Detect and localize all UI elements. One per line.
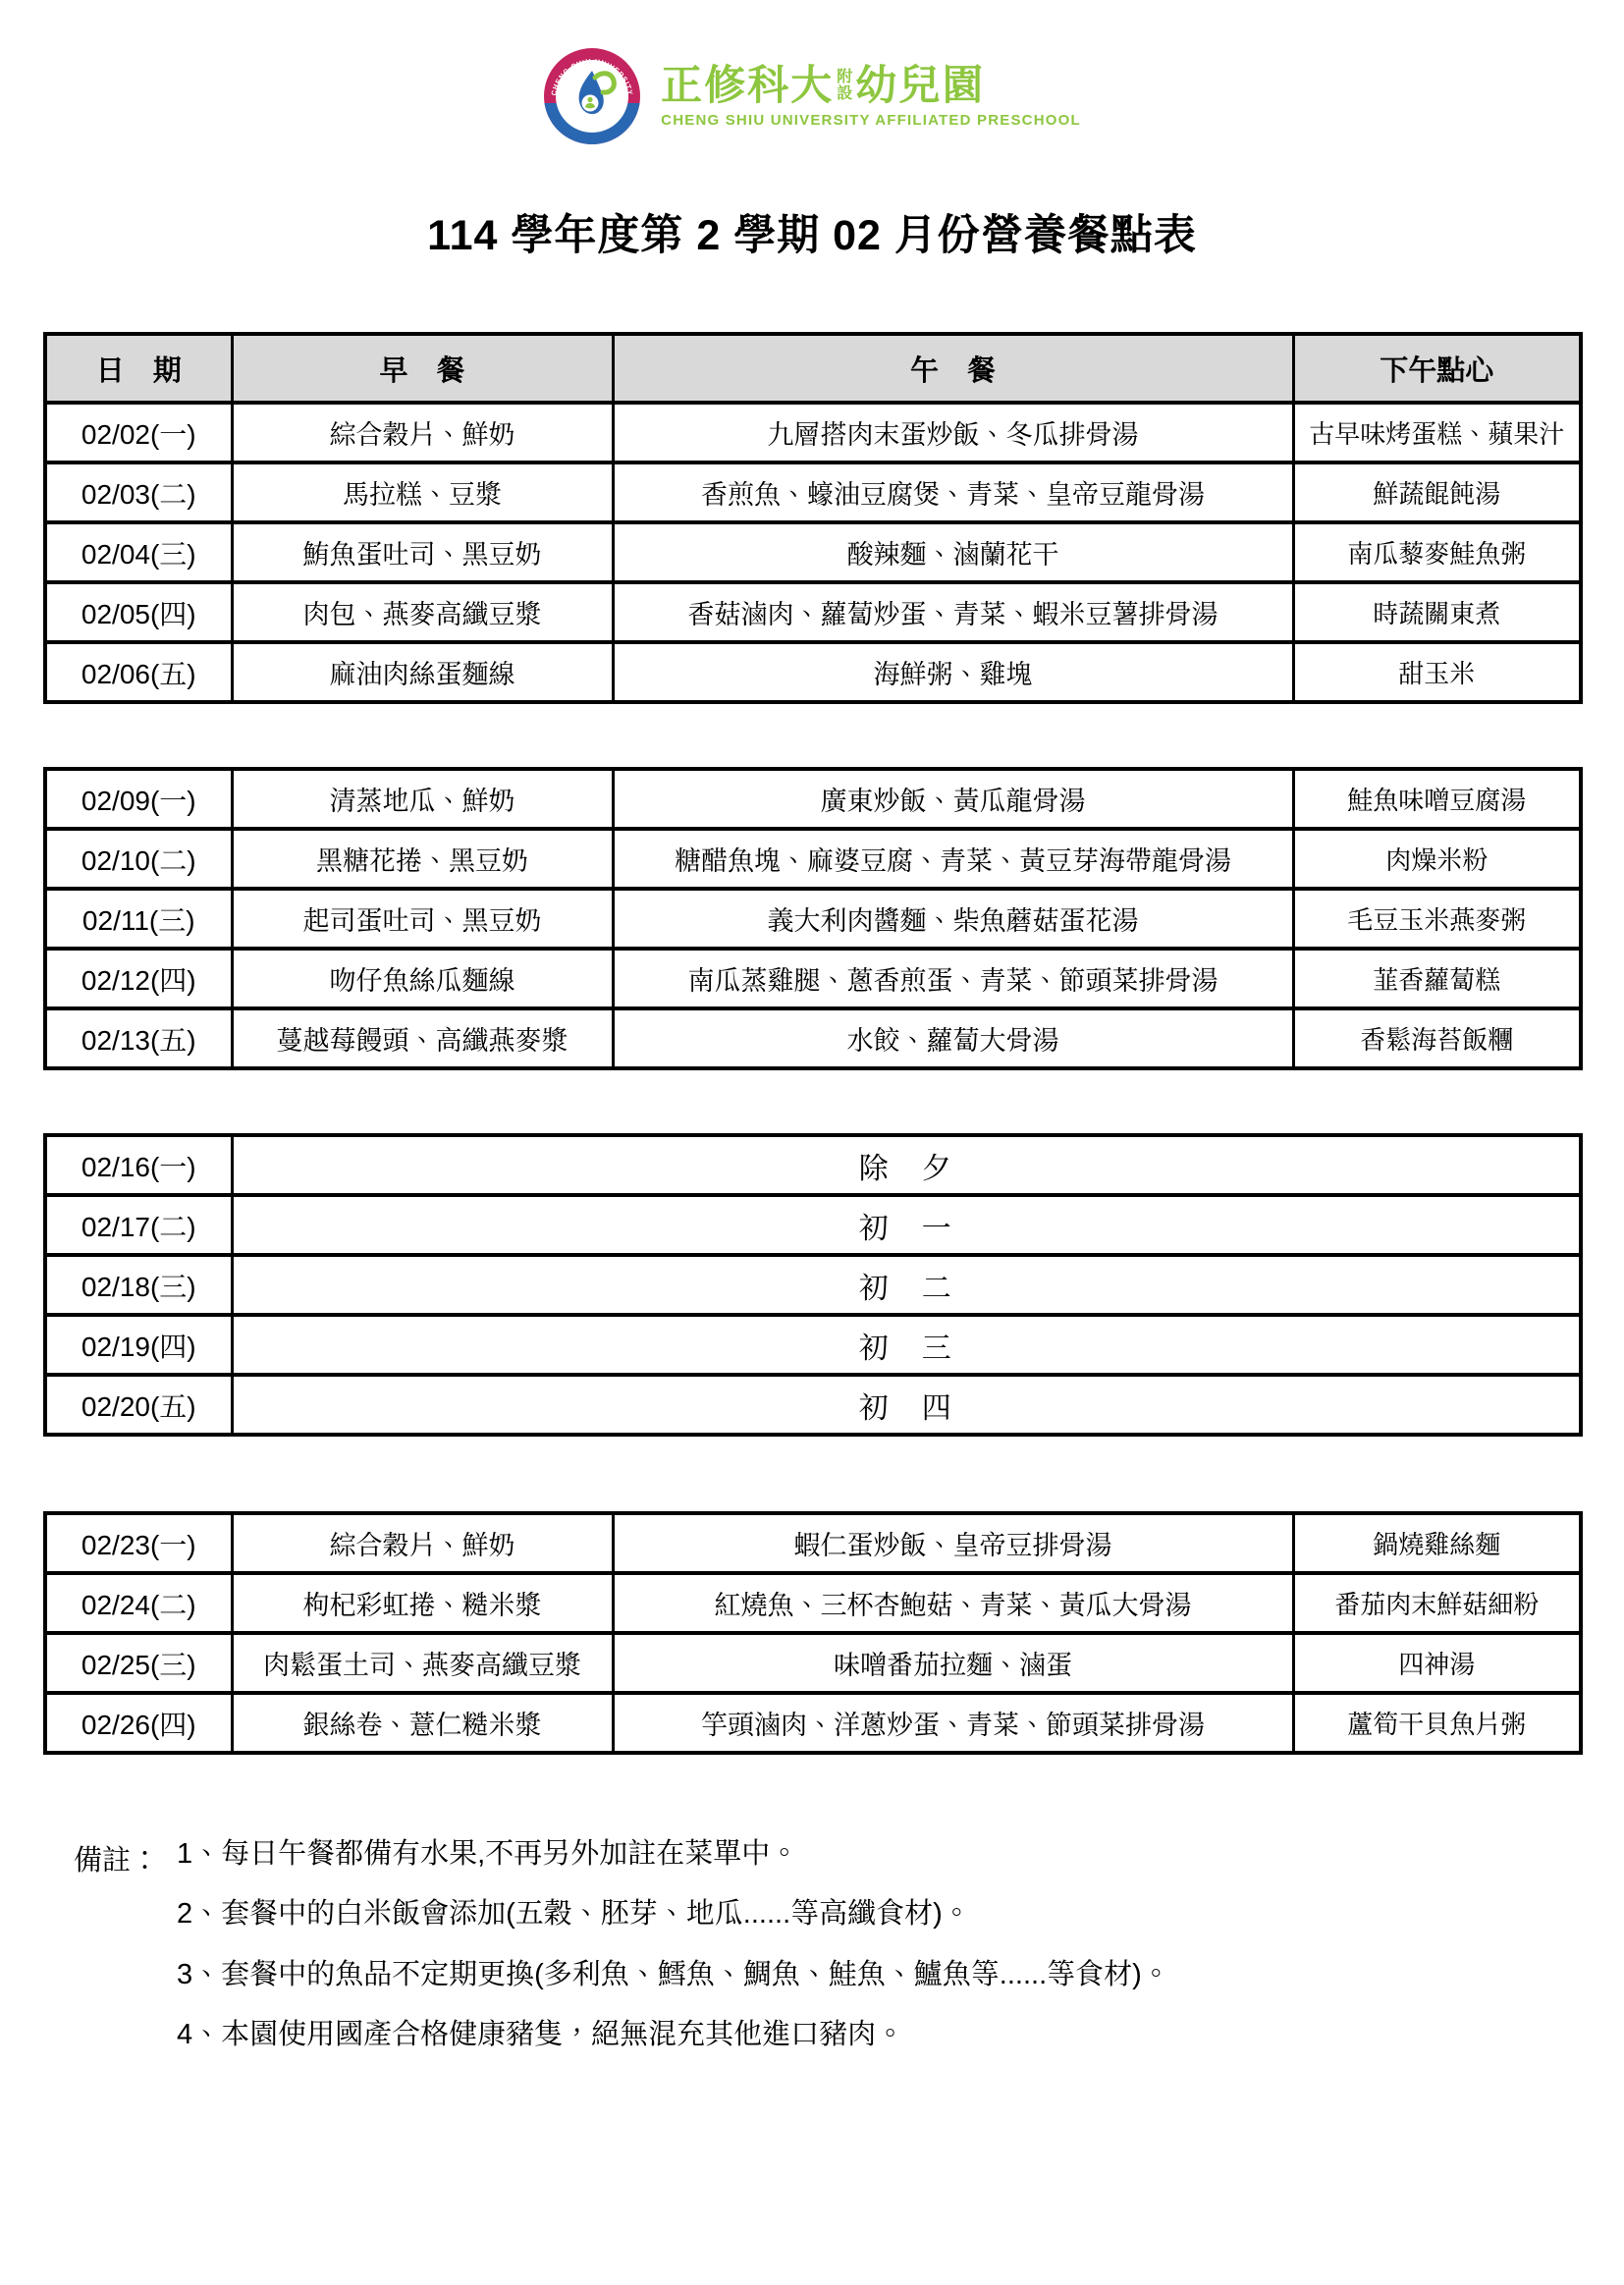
snack-cell: 古早味烤蛋糕、蘋果汁 bbox=[1293, 403, 1581, 462]
breakfast-cell: 麻油肉絲蛋麵線 bbox=[232, 642, 613, 702]
holiday-cell: 初 一 bbox=[232, 1195, 1581, 1255]
col-header-date: 日 期 bbox=[45, 334, 232, 403]
menu-row: 02/05(四)肉包、燕麥高纖豆漿香菇滷肉、蘿蔔炒蛋、青菜、蝦米豆薯排骨湯時蔬關… bbox=[45, 582, 1581, 642]
menu-row: 02/26(四)銀絲卷、薏仁糙米漿竽頭滷肉、洋蔥炒蛋、青菜、節頭菜排骨湯蘆筍干貝… bbox=[45, 1693, 1581, 1753]
date-cell: 02/17(二) bbox=[45, 1195, 232, 1255]
notes-section: 備註： 1、每日午餐都備有水果,不再另外加註在菜單中。 2、套餐中的白米飯會添加… bbox=[74, 1838, 1566, 2079]
snack-cell: 肉燥米粉 bbox=[1293, 829, 1581, 889]
date-cell: 02/25(三) bbox=[45, 1633, 232, 1693]
note-item: 2、套餐中的白米飯會添加(五穀、胚芽、地瓜......等高纖食材)。 bbox=[177, 1898, 1566, 1931]
breakfast-cell: 吻仔魚絲瓜麵線 bbox=[232, 949, 613, 1008]
menu-row: 02/04(三)鮪魚蛋吐司、黑豆奶酸辣麵、滷蘭花干南瓜藜麥鮭魚粥 bbox=[45, 522, 1581, 582]
snack-cell: 南瓜藜麥鮭魚粥 bbox=[1293, 522, 1581, 582]
lunch-cell: 水餃、蘿蔔大骨湯 bbox=[613, 1008, 1293, 1068]
snack-cell: 番茄肉末鮮菇細粉 bbox=[1293, 1573, 1581, 1633]
menu-row: 02/25(三)肉鬆蛋土司、燕麥高纖豆漿味噌番茄拉麵、滷蛋四神湯 bbox=[45, 1633, 1581, 1693]
menu-row: 02/17(二)初 一 bbox=[45, 1195, 1581, 1255]
lunch-cell: 南瓜蒸雞腿、蔥香煎蛋、青菜、節頭菜排骨湯 bbox=[613, 949, 1293, 1008]
breakfast-cell: 肉鬆蛋土司、燕麥高纖豆漿 bbox=[232, 1633, 613, 1693]
snack-cell: 時蔬關東煮 bbox=[1293, 582, 1581, 642]
lunch-cell: 海鮮粥、雞塊 bbox=[613, 642, 1293, 702]
lunch-cell: 竽頭滷肉、洋蔥炒蛋、青菜、節頭菜排骨湯 bbox=[613, 1693, 1293, 1753]
holiday-cell: 初 四 bbox=[232, 1375, 1581, 1435]
menu-row: 02/11(三)起司蛋吐司、黑豆奶義大利肉醬麵、柴魚蘑菇蛋花湯毛豆玉米燕麥粥 bbox=[45, 889, 1581, 949]
menu-tables: 日 期早 餐午 餐下午點心02/02(一)綜合穀片、鮮奶九層搭肉末蛋炒飯、冬瓜排… bbox=[43, 332, 1581, 1755]
breakfast-cell: 蔓越莓饅頭、高纖燕麥漿 bbox=[232, 1008, 613, 1068]
holiday-cell: 初 二 bbox=[232, 1255, 1581, 1315]
snack-cell: 蘆筍干貝魚片粥 bbox=[1293, 1693, 1581, 1753]
menu-row: 02/03(二)馬拉糕、豆漿香煎魚、蠔油豆腐煲、青菜、皇帝豆龍骨湯鮮蔬餛飩湯 bbox=[45, 462, 1581, 522]
menu-row: 02/06(五)麻油肉絲蛋麵線海鮮粥、雞塊甜玉米 bbox=[45, 642, 1581, 702]
menu-row: 02/20(五)初 四 bbox=[45, 1375, 1581, 1435]
menu-table-week-2: 02/09(一)清蒸地瓜、鮮奶廣東炒飯、黃瓜龍骨湯鮭魚味噌豆腐湯02/10(二)… bbox=[43, 767, 1583, 1070]
snack-cell: 毛豆玉米燕麥粥 bbox=[1293, 889, 1581, 949]
brand-text: 正修科大 附 設 幼兒園 CHENG SHIU UNIVERSITY AFFIL… bbox=[661, 64, 1081, 128]
school-badge-icon: CHENG SHIU UNIVERSITY 正修科技大學 bbox=[543, 47, 641, 145]
snack-cell: 韮香蘿蔔糕 bbox=[1293, 949, 1581, 1008]
breakfast-cell: 銀絲卷、薏仁糙米漿 bbox=[232, 1693, 613, 1753]
holiday-cell: 初 三 bbox=[232, 1315, 1581, 1375]
lunch-cell: 廣東炒飯、黃瓜龍骨湯 bbox=[613, 769, 1293, 829]
snack-cell: 鮭魚味噌豆腐湯 bbox=[1293, 769, 1581, 829]
menu-table-week-3: 02/16(一)除 夕02/17(二)初 一02/18(三)初 二02/19(四… bbox=[43, 1133, 1583, 1437]
breakfast-cell: 清蒸地瓜、鮮奶 bbox=[232, 769, 613, 829]
note-item: 1、每日午餐都備有水果,不再另外加註在菜單中。 bbox=[177, 1838, 1566, 1871]
menu-row: 02/12(四)吻仔魚絲瓜麵線南瓜蒸雞腿、蔥香煎蛋、青菜、節頭菜排骨湯韮香蘿蔔糕 bbox=[45, 949, 1581, 1008]
menu-table-week-1: 日 期早 餐午 餐下午點心02/02(一)綜合穀片、鮮奶九層搭肉末蛋炒飯、冬瓜排… bbox=[43, 332, 1583, 704]
note-item: 4、本園使用國產合格健康豬隻，絕無混充其他進口豬肉。 bbox=[177, 2019, 1566, 2051]
date-cell: 02/11(三) bbox=[45, 889, 232, 949]
lunch-cell: 九層搭肉末蛋炒飯、冬瓜排骨湯 bbox=[613, 403, 1293, 462]
breakfast-cell: 綜合穀片、鮮奶 bbox=[232, 403, 613, 462]
col-header-lunch: 午 餐 bbox=[613, 334, 1293, 403]
note-item: 3、套餐中的魚品不定期更換(多利魚、鱈魚、鯛魚、鮭魚、鱸魚等......等食材)… bbox=[177, 1959, 1566, 1991]
logo-header: CHENG SHIU UNIVERSITY 正修科技大學 正修科大 附 設 幼兒… bbox=[0, 47, 1624, 145]
brand-name-small: 附 設 bbox=[837, 70, 852, 103]
lunch-cell: 香菇滷肉、蘿蔔炒蛋、青菜、蝦米豆薯排骨湯 bbox=[613, 582, 1293, 642]
breakfast-cell: 枸杞彩虹捲、糙米漿 bbox=[232, 1573, 613, 1633]
date-cell: 02/24(二) bbox=[45, 1573, 232, 1633]
menu-table-week-4: 02/23(一)綜合穀片、鮮奶蝦仁蛋炒飯、皇帝豆排骨湯鍋燒雞絲麵02/24(二)… bbox=[43, 1511, 1583, 1755]
date-cell: 02/18(三) bbox=[45, 1255, 232, 1315]
menu-row: 02/13(五)蔓越莓饅頭、高纖燕麥漿水餃、蘿蔔大骨湯香鬆海苔飯糰 bbox=[45, 1008, 1581, 1068]
date-cell: 02/20(五) bbox=[45, 1375, 232, 1435]
date-cell: 02/13(五) bbox=[45, 1008, 232, 1068]
breakfast-cell: 鮪魚蛋吐司、黑豆奶 bbox=[232, 522, 613, 582]
lunch-cell: 酸辣麵、滷蘭花干 bbox=[613, 522, 1293, 582]
brand-name-zh: 正修科大 附 設 幼兒園 bbox=[661, 64, 985, 107]
menu-row: 02/18(三)初 二 bbox=[45, 1255, 1581, 1315]
lunch-cell: 香煎魚、蠔油豆腐煲、青菜、皇帝豆龍骨湯 bbox=[613, 462, 1293, 522]
snack-cell: 鮮蔬餛飩湯 bbox=[1293, 462, 1581, 522]
notes-items: 1、每日午餐都備有水果,不再另外加註在菜單中。 2、套餐中的白米飯會添加(五穀、… bbox=[177, 1838, 1566, 2079]
menu-row: 02/19(四)初 三 bbox=[45, 1315, 1581, 1375]
date-cell: 02/16(一) bbox=[45, 1135, 232, 1195]
snack-cell: 鍋燒雞絲麵 bbox=[1293, 1513, 1581, 1573]
snack-cell: 香鬆海苔飯糰 bbox=[1293, 1008, 1581, 1068]
date-cell: 02/09(一) bbox=[45, 769, 232, 829]
date-cell: 02/19(四) bbox=[45, 1315, 232, 1375]
brand-name-en: CHENG SHIU UNIVERSITY AFFILIATED PRESCHO… bbox=[661, 112, 1081, 129]
breakfast-cell: 綜合穀片、鮮奶 bbox=[232, 1513, 613, 1573]
breakfast-cell: 馬拉糕、豆漿 bbox=[232, 462, 613, 522]
breakfast-cell: 黑糖花捲、黑豆奶 bbox=[232, 829, 613, 889]
menu-row: 02/10(二)黑糖花捲、黑豆奶糖醋魚塊、麻婆豆腐、青菜、黃豆芽海帶龍骨湯肉燥米… bbox=[45, 829, 1581, 889]
date-cell: 02/02(一) bbox=[45, 403, 232, 462]
date-cell: 02/06(五) bbox=[45, 642, 232, 702]
menu-row: 02/16(一)除 夕 bbox=[45, 1135, 1581, 1195]
holiday-cell: 除 夕 bbox=[232, 1135, 1581, 1195]
brand-name-right: 幼兒園 bbox=[855, 64, 985, 107]
lunch-cell: 義大利肉醬麵、柴魚蘑菇蛋花湯 bbox=[613, 889, 1293, 949]
date-cell: 02/10(二) bbox=[45, 829, 232, 889]
date-cell: 02/26(四) bbox=[45, 1693, 232, 1753]
col-header-breakfast: 早 餐 bbox=[232, 334, 613, 403]
breakfast-cell: 起司蛋吐司、黑豆奶 bbox=[232, 889, 613, 949]
page-title: 114 學年度第 2 學期 02 月份營養餐點表 bbox=[0, 202, 1624, 262]
header-row: 日 期早 餐午 餐下午點心 bbox=[45, 334, 1581, 403]
col-header-snack: 下午點心 bbox=[1293, 334, 1581, 403]
breakfast-cell: 肉包、燕麥高纖豆漿 bbox=[232, 582, 613, 642]
snack-cell: 甜玉米 bbox=[1293, 642, 1581, 702]
date-cell: 02/12(四) bbox=[45, 949, 232, 1008]
date-cell: 02/03(二) bbox=[45, 462, 232, 522]
menu-row: 02/23(一)綜合穀片、鮮奶蝦仁蛋炒飯、皇帝豆排骨湯鍋燒雞絲麵 bbox=[45, 1513, 1581, 1573]
lunch-cell: 味噌番茄拉麵、滷蛋 bbox=[613, 1633, 1293, 1693]
lunch-cell: 糖醋魚塊、麻婆豆腐、青菜、黃豆芽海帶龍骨湯 bbox=[613, 829, 1293, 889]
menu-row: 02/09(一)清蒸地瓜、鮮奶廣東炒飯、黃瓜龍骨湯鮭魚味噌豆腐湯 bbox=[45, 769, 1581, 829]
menu-row: 02/02(一)綜合穀片、鮮奶九層搭肉末蛋炒飯、冬瓜排骨湯古早味烤蛋糕、蘋果汁 bbox=[45, 403, 1581, 462]
notes-label: 備註： bbox=[74, 1838, 159, 1878]
date-cell: 02/05(四) bbox=[45, 582, 232, 642]
menu-row: 02/24(二)枸杞彩虹捲、糙米漿紅燒魚、三杯杏鮑菇、青菜、黃瓜大骨湯番茄肉末鮮… bbox=[45, 1573, 1581, 1633]
lunch-cell: 紅燒魚、三杯杏鮑菇、青菜、黃瓜大骨湯 bbox=[613, 1573, 1293, 1633]
date-cell: 02/04(三) bbox=[45, 522, 232, 582]
date-cell: 02/23(一) bbox=[45, 1513, 232, 1573]
lunch-cell: 蝦仁蛋炒飯、皇帝豆排骨湯 bbox=[613, 1513, 1293, 1573]
brand-name-left: 正修科大 bbox=[661, 64, 834, 107]
snack-cell: 四神湯 bbox=[1293, 1633, 1581, 1693]
